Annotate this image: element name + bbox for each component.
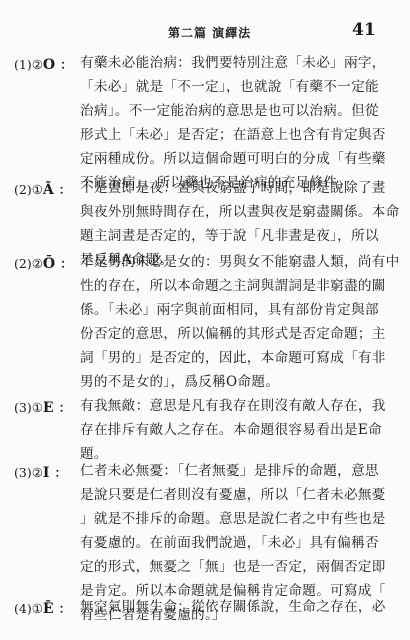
text-line: 定兩種成份。所以這個命題可明白的分成「有些藥 — [80, 147, 370, 171]
proposition-number: (2)② — [14, 256, 43, 271]
text-line: 有我無敵：意思是凡有我存在則沒有敵人存在，我 — [80, 394, 370, 418]
label-colon: ： — [60, 256, 73, 271]
proposition-type-symbol: Ō — [43, 256, 55, 272]
text-line: 」就是不排斥的命題。意思是說仁者之中有些也是 — [80, 507, 370, 531]
proposition-number: (1)② — [14, 57, 43, 72]
text-line: 有藥未必能治病：我們要特別注意「未必」兩字， — [80, 51, 370, 75]
text-line: 「未必」就是「不一定」，也就說「有藥不一定能 — [80, 75, 370, 99]
text-line: 無空氣則無生命：從依存關係說，生命之存在，必 — [80, 595, 370, 619]
proposition-label: (4)①Ē： — [14, 599, 71, 617]
label-colon: ： — [59, 182, 72, 197]
proposition-number: (2)① — [14, 182, 43, 197]
text-line: 不是晝即是夜：晝與夜窮盡了時間，即是說除了晝 — [80, 176, 370, 200]
chapter-title: 第二篇 演繹法 — [168, 24, 251, 41]
label-colon: ： — [59, 601, 72, 616]
label-colon: ： — [59, 400, 72, 415]
text-line: 不是男的未必是女的：男與女不能窮盡人類，尚有中 — [80, 250, 370, 274]
proposition-label: (2)②Ō： — [14, 254, 73, 272]
proposition-type-symbol: E — [43, 400, 54, 416]
proposition-label: (3)②I： — [14, 463, 67, 481]
proposition-number: (3)① — [14, 400, 43, 415]
text-line: 性的存在，所以本命題之主詞與謂詞是非窮盡的關 — [80, 274, 370, 298]
page-header: 第二篇 演繹法 41 — [0, 22, 410, 42]
text-line: 定的形式，無憂之「無」也是一否定，兩個否定即 — [80, 555, 370, 579]
proposition-number: (3)② — [14, 465, 43, 480]
text-line: 題主詞晝是否定的，等于說「凡非晝是夜」，所以 — [80, 224, 370, 248]
text-line: 是說只要是仁者則沒有憂慮，所以「仁者未必無憂 — [80, 483, 370, 507]
proposition-label: (3)①E： — [14, 398, 71, 416]
proposition-type-symbol: I — [43, 465, 50, 481]
proposition-type-symbol: Ē — [43, 601, 54, 617]
text-line: 形式上「未必」是否定；在語意上也含有肯定與否 — [80, 123, 370, 147]
text-line: 份否定的意思，所以偏稱的其形式是否定命題；主 — [80, 322, 370, 346]
text-line: 存在排斥有敵人之存在。本命題很容易看出是E命 — [80, 418, 370, 442]
text-line: 詞「男的」是否定的，因此，本命題可寫成「有非 — [80, 346, 370, 370]
label-colon: ： — [60, 57, 73, 72]
text-line: 男的不是女的」，爲反稱O命題。 — [80, 370, 370, 394]
text-line: 治病」。不一定能治病的意思是也可以治病。但從 — [80, 99, 370, 123]
text-line: 仁者未必無憂：「仁者無憂」是排斥的命題，意思 — [80, 459, 370, 483]
proposition-type-symbol: Ā — [43, 182, 54, 198]
proposition-label: (2)①Ā： — [14, 180, 71, 198]
proposition-label: (1)②O： — [14, 55, 73, 73]
text-line: 有憂慮的。在前面我們說過，「未必」具有偏稱否 — [80, 531, 370, 555]
proposition-number: (4)① — [14, 601, 43, 616]
text-line: 係。「未必」兩字與前面相同，具有部份肯定與部 — [80, 298, 370, 322]
proposition-type-symbol: O — [43, 57, 55, 73]
label-colon: ： — [54, 465, 67, 480]
page-number: 41 — [352, 20, 376, 40]
text-line: 與夜外別無時間存在，所以晝與夜是窮盡關係。本命 — [80, 200, 370, 224]
